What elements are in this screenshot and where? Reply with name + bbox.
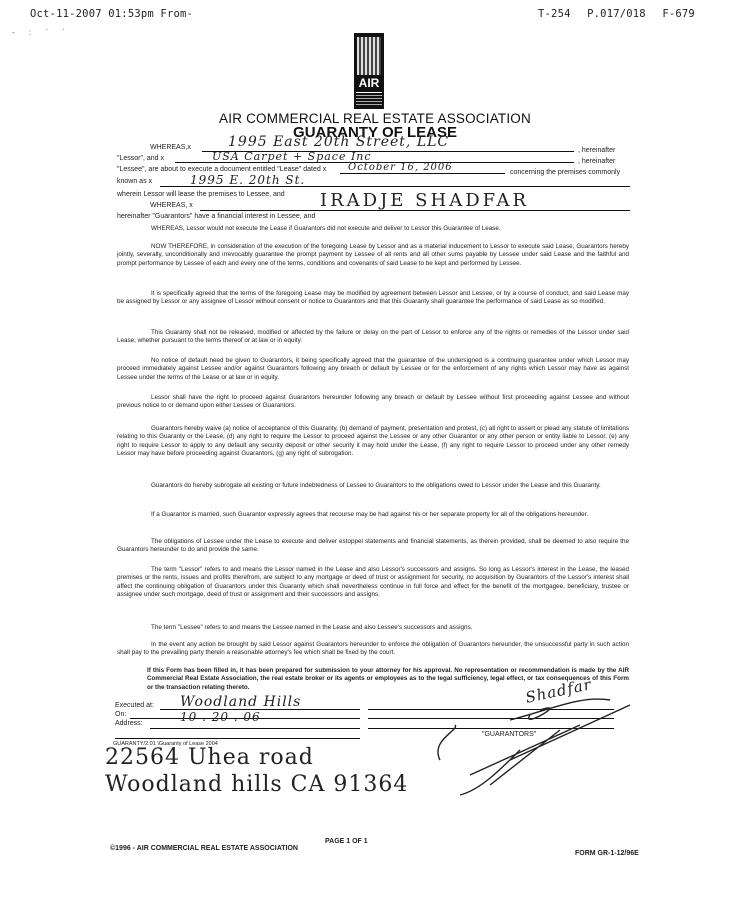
paragraph: The term "Lessee" refers to and means th… (117, 624, 629, 632)
building-logo-icon (357, 37, 381, 75)
logo-subtext (356, 92, 382, 107)
paragraph: The obligations of Lessee under the Leas… (117, 538, 629, 555)
fax-header-left: Oct-11-2007 01:53pm From- (30, 8, 193, 20)
whereas2-label: WHEREAS, x (150, 202, 193, 209)
lessor-and-label: "Lessor", and x (117, 155, 164, 162)
address-label: Address: (115, 720, 143, 727)
whereas-label: WHEREAS,x (150, 144, 191, 151)
air-logo: AIR (354, 33, 384, 109)
paragraph: No notice of default need be given to Gu… (117, 357, 629, 382)
signature-scrawl (420, 690, 650, 800)
known-as-label: known as x (117, 178, 152, 185)
footer-form-number: FORM GR-1-12/96E (575, 850, 639, 857)
lessor-field[interactable]: 1995 East 20th Street, LLC (228, 134, 449, 150)
paragraph: In the event any action be brought by sa… (117, 641, 629, 658)
footer-page: PAGE 1 OF 1 (325, 838, 368, 845)
on-date-field[interactable]: 10 . 20 . 06 (180, 710, 261, 724)
executed-at-label: Executed at: (115, 702, 154, 709)
footer-copyright: ©1996 - AIR COMMERCIAL REAL ESTATE ASSOC… (110, 845, 298, 852)
guarantors-interest-label: hereinafter "Guarantors" have a financia… (117, 213, 315, 220)
on-label: On: (115, 711, 126, 718)
paragraph: WHEREAS, Lessor would not execute the Le… (117, 225, 629, 233)
paragraph: Lessor shall have the right to proceed a… (117, 394, 629, 411)
address-line (150, 728, 360, 729)
paragraph: NOW THEREFORE, in consideration of the e… (117, 243, 629, 268)
handwritten-address-line-2: Woodland hills CA 91364 (105, 772, 408, 797)
concerning-label: concerning the premises commonly (510, 169, 620, 176)
hereinafter-label-1: , hereinafter (578, 147, 615, 154)
executed-at-field[interactable]: Woodland Hills (180, 694, 301, 710)
paragraph: Guarantors hereby waive (a) notice of ac… (117, 425, 629, 458)
lease-date-line (340, 173, 505, 174)
handwritten-address-line-1: 22564 Uhea road (105, 745, 314, 770)
premises-field[interactable]: 1995 E. 20th St. (190, 173, 305, 187)
hereinafter-label-2: , hereinafter (578, 158, 615, 165)
lessee-about-label: "Lessee", are about to execute a documen… (117, 166, 326, 173)
logo-text: AIR (354, 77, 384, 89)
guarantor-field[interactable]: IRADJE SHADFAR (320, 190, 529, 211)
lease-date-field[interactable]: October 16, 2006 (348, 162, 453, 173)
paragraph: If a Guarantor is married, such Guaranto… (117, 511, 629, 519)
paragraph: Guarantors do hereby subrogate all exist… (117, 482, 629, 490)
paragraph: This Guaranty shall not be released, mod… (117, 329, 629, 346)
wherein-label: wherein Lessor will lease the premises t… (117, 191, 285, 198)
address-line-2 (115, 738, 360, 739)
scan-specks: - : ` ` (12, 28, 71, 37)
fax-header-right: T-254 P.017/018 F-679 (538, 8, 695, 20)
paragraph: It is specifically agreed that the terms… (117, 290, 629, 307)
paragraph: The term "Lessor" refers to and means th… (117, 566, 629, 599)
